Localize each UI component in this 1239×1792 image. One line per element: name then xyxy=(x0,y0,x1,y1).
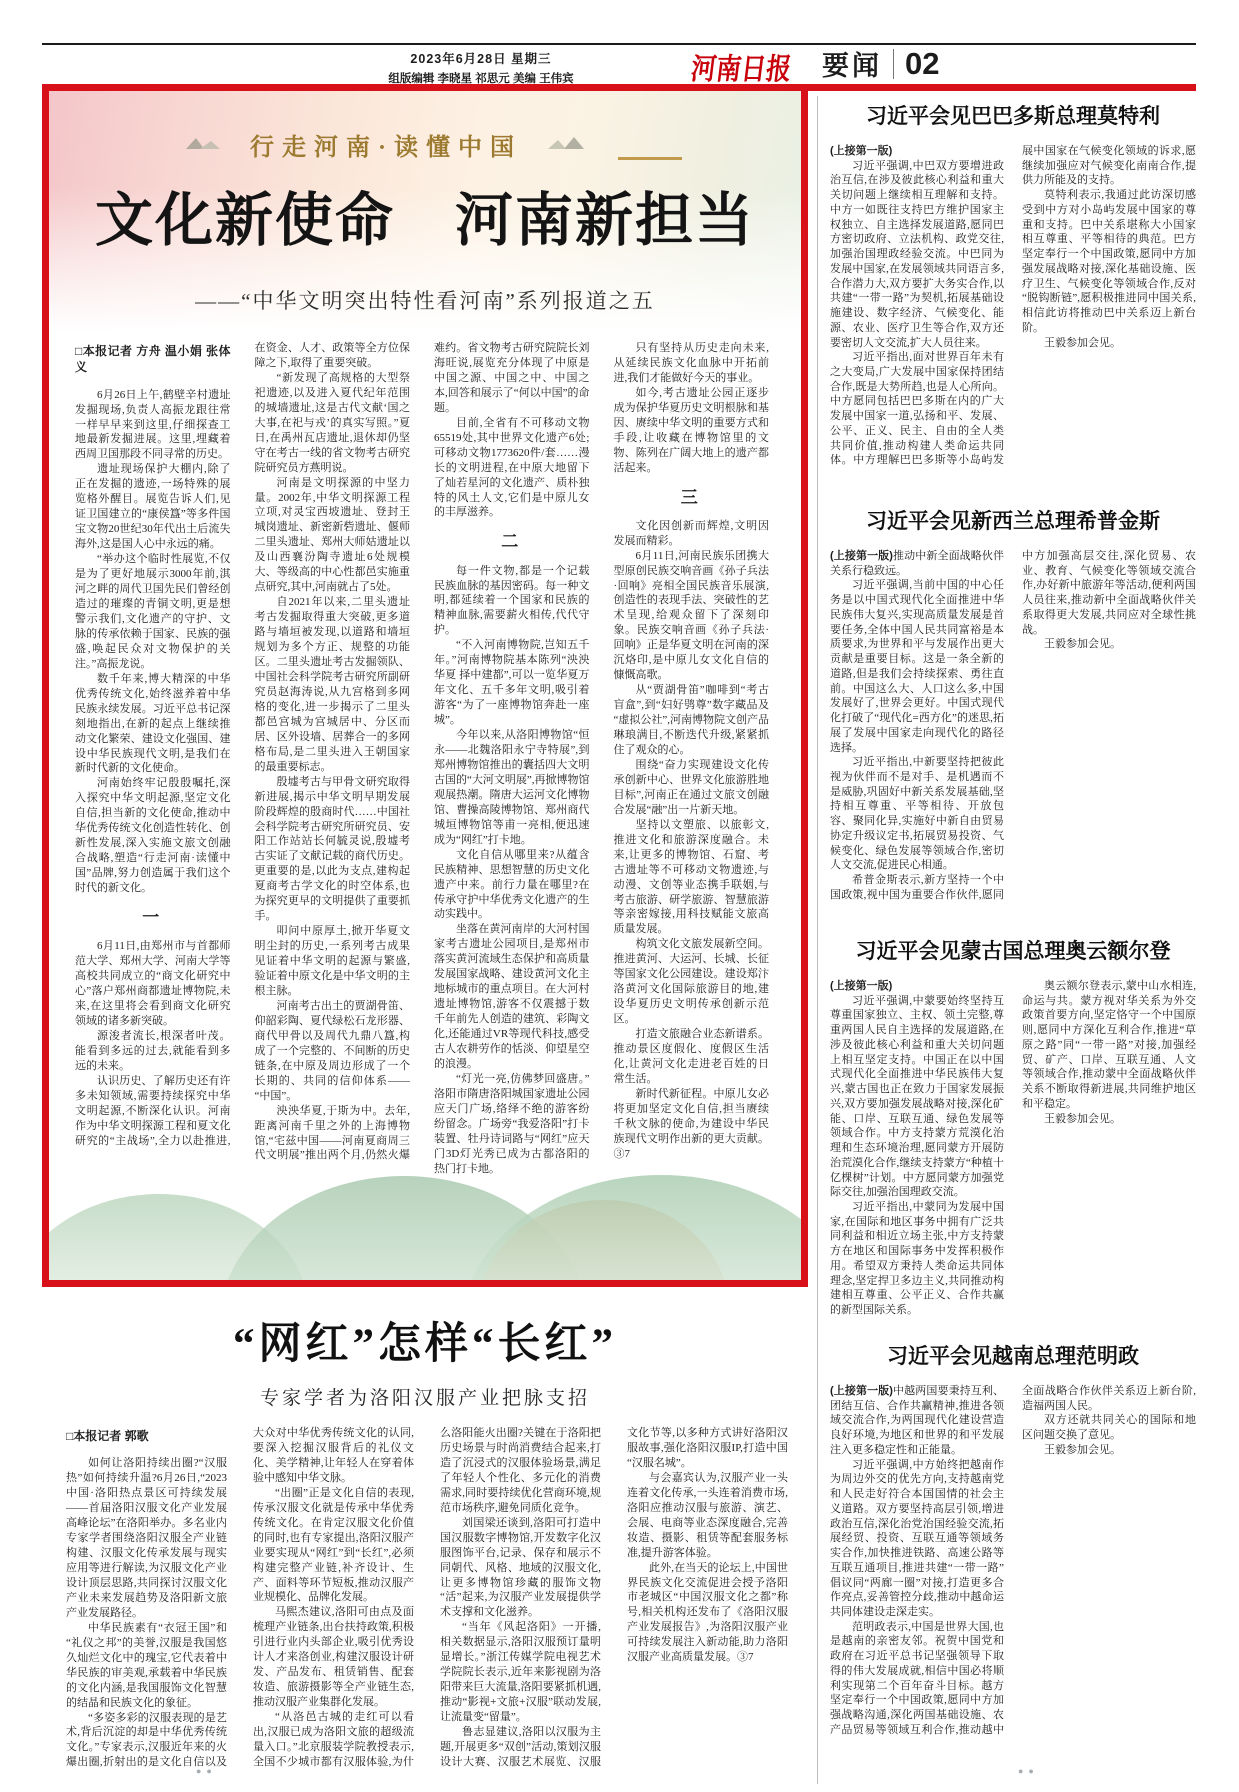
body-paragraph: “新发现了高规格的大型祭祀遗迹,以及进入夏代纪年范围的城墙遗址,这是古代文献‘国… xyxy=(255,371,411,476)
series-badge: 行走河南·读懂中国 xyxy=(250,135,522,161)
body-paragraph: “不入河南博物院,岂知五千年。”河南博物院基本陈列“泱泱华夏 择中建都”,可以一… xyxy=(434,638,590,728)
body-paragraph: 此外,在当天的论坛上,中国世界民族文化交流促进会授予洛阳市老城区“中国汉服文化之… xyxy=(627,1561,788,1666)
feature-byline: □本报记者 方舟 温小娟 张体义 xyxy=(75,343,231,376)
body-paragraph: 叩问中原厚土,掀开华夏文明尘封的历史,一系列考古成果见证着中华文明的起源与繁盛,… xyxy=(255,924,411,999)
xi-meeting-article-barbados: 习近平会见巴巴多斯总理莫特利 (上接第一版)习近平强调,中巴双方要增进政治互信,… xyxy=(830,100,1196,479)
xi-meeting-article-vietnam: 习近平会见越南总理范明政 (上接第一版)中越两国要秉持互利、团结互信、合作共赢精… xyxy=(830,1340,1196,1764)
feature-article-box: 行走河南·读懂中国 文化新使命 河南新担当 ——“中华文明突出特性看河南”系列报… xyxy=(42,91,808,1287)
body-paragraph: (上接第一版)中越两国要秉持互利、团结互信、合作共赢精神,推进各领域交流合作,为… xyxy=(830,1384,1004,1458)
body-paragraph: 河南是文明探源的中坚力量。2002年,中华文明探源工程立项,对灵宝西坡遗址、登封… xyxy=(255,476,411,596)
article-headline: 习近平会见新西兰总理希普金斯 xyxy=(830,505,1196,535)
body-paragraph: 王毅参加会见。 xyxy=(1022,1443,1196,1458)
body-paragraph: 只有坚持从历史走向未来,从延续民族文化血脉中开拓前进,我们才能做好今天的事业。 xyxy=(614,341,770,386)
article-headline: 习近平会见越南总理范明政 xyxy=(830,1340,1196,1370)
body-paragraph: 奥云额尔登表示,蒙中山水相连,命运与共。蒙方视对华关系为外交政策首要方向,坚定恪… xyxy=(1022,979,1196,1112)
body-paragraph: 自2021年以来,二里头遗址考古发掘取得重大突破,更多道路与墙垣被发现,以道路和… xyxy=(255,595,411,774)
body-paragraph: “灯光一亮,仿佛梦回盛唐。”洛阳市隋唐洛阳城国家遗址公园应天门广场,络绎不绝的游… xyxy=(434,1072,590,1177)
body-paragraph: 双方还就共同关心的国际和地区问题交换了意见。 xyxy=(1022,1413,1196,1442)
section-marker: 三 xyxy=(614,486,770,509)
feature-paragraphs: 6月26日上午,鹤壁辛村遗址发掘现场,负责人高振龙跟往常一样早早来到这里,仔细探… xyxy=(75,341,769,1177)
body-paragraph: 文化自信从哪里来?从蕴含民族精神、思想智慧的历史文化遗产中来。前行力量在哪里?在… xyxy=(434,848,590,923)
body-paragraph: 习近平强调,中方始终把越南作为周边外交的优先方向,支持越南党和人民走好符合本国国… xyxy=(830,1458,1004,1620)
body-paragraph: 刘国梁还谈到,洛阳可打造中国汉服数字博物馆,开发数字化汉服图饰平台,记录、保存和… xyxy=(440,1516,601,1621)
article-headline: 习近平会见巴巴多斯总理莫特利 xyxy=(830,100,1196,130)
body-paragraph: 围绕“奋力实现建设文化传承创新中心、世界文化旅游胜地目标”,河南正在通过文旅文创… xyxy=(614,758,770,818)
header-red-rule xyxy=(42,84,1196,91)
body-paragraph: 河南始终牢记殷殷嘱托,深入探究中华文明起源,坚定文化自信,担当新的文化使命,推动… xyxy=(75,776,231,896)
masthead-logo: 河南日报 xyxy=(689,46,794,88)
body-paragraph: 王毅参加会见。 xyxy=(1022,637,1196,652)
article-body: (上接第一版)中越两国要秉持互利、团结互信、合作共赢精神,推进各领域交流合作,为… xyxy=(830,1384,1196,1764)
body-paragraph: 从“贾湖骨笛”咖啡到“考古盲盒”,到“妇好鸮尊”数字藏品及“虚拟公社”,河南博物… xyxy=(614,683,770,758)
body-paragraph: 数千年来,博大精深的中华优秀传统文化,始终滋养着中华民族永续发展。习近平总书记深… xyxy=(75,672,231,777)
mountain-decoration-icon xyxy=(542,134,588,155)
body-paragraph: 6月11日,河南民族乐团携大型原创民族交响音画《孙子兵法·回响》亮相全国民族音乐… xyxy=(614,549,770,684)
feature-headline: 文化新使命 河南新担当 xyxy=(49,173,801,257)
column-divider xyxy=(817,96,818,1784)
body-paragraph: (上接第一版) xyxy=(830,144,1004,159)
header-meta: 2023年6月28日 星期三 组版编辑 李晓星 祁思元 美编 王伟宾 xyxy=(350,49,612,86)
feature-subhead: ——“中华文明突出特性看河南”系列报道之五 xyxy=(49,285,801,315)
section-marker: 二 xyxy=(434,530,590,553)
body-paragraph: 目前,全省有不可移动文物65519处,其中世界文化遗产6处;可移动文物17736… xyxy=(434,416,590,521)
body-paragraph: 每一件文物,都是一个记载民族血脉的基因密码。每一种文明,都延续着一个国家和民族的… xyxy=(434,564,590,639)
article-body: (上接第一版)推动中新全面战略伙伴关系行稳致远。习近平强调,当前中国的中心任务是… xyxy=(830,549,1196,914)
body-paragraph: 与会嘉宾认为,汉服产业一头连着文化传承,一头连着消费市场,洛阳应推动汉服与旅游、… xyxy=(627,1471,788,1561)
body-paragraph: 遗址现场保护大棚内,除了正在发掘的遗迹,一场特殊的展览格外醒目。展览告诉人们,见… xyxy=(75,462,231,552)
hanfu-paragraphs: 如何让洛阳持续出圈?“汉服热”如何持续升温?6月26日,“2023中国·洛阳热点… xyxy=(66,1426,788,1778)
page-number: 02 xyxy=(905,46,939,82)
body-paragraph: 今年以来,从洛阳博物馆“恒永——北魏洛阳永宁寺特展”,到郑州博物馆推出的囊括四大… xyxy=(434,728,590,848)
body-paragraph: (上接第一版)推动中新全面战略伙伴关系行稳致远。 xyxy=(830,549,1004,578)
body-paragraph: 王毅参加会见。 xyxy=(1022,1112,1196,1127)
newspaper-page: 2023年6月28日 星期三 组版编辑 李晓星 祁思元 美编 王伟宾 河南日报 … xyxy=(0,0,1239,1792)
hanfu-article: “网红”怎样“长红” 专家学者为洛阳汉服产业把脉支招 □本报记者 郭歌 如何让洛… xyxy=(42,1298,808,1784)
body-paragraph: “举办这个临时性展览,不仅是为了更好地展示3000年前,淇河之畔的周代卫国先民们… xyxy=(75,552,231,672)
hanfu-subhead: 专家学者为洛阳汉服产业把脉支招 xyxy=(42,1383,808,1410)
body-paragraph: 坚持以文塑旅、以旅彰文,推进文化和旅游深度融合。未来,让更多的博物馆、石窟、考古… xyxy=(614,818,770,938)
series-badge-row: 行走河南·读懂中国 xyxy=(49,127,801,162)
body-paragraph: 如今,考古遗址公园正逐步成为保护华夏历史文明根脉和基因、赓续中华文明的重要方式和… xyxy=(614,386,770,476)
header-top-rule xyxy=(42,43,1196,45)
mountain-decoration-icon xyxy=(184,134,230,155)
body-paragraph: 文化因创新而辉煌,文明因发展而精彩。 xyxy=(614,519,770,549)
body-paragraph: “当年《风起洛阳》一开播,相关数据显示,洛阳汉服预订量明显增长。”浙江传媒学院电… xyxy=(440,1620,601,1725)
date-line: 2023年6月28日 星期三 xyxy=(350,49,612,67)
body-paragraph: 源浚者流长,根深者叶茂。能看到多远的过去,就能看到多远的未来。 xyxy=(75,1029,231,1074)
body-paragraph: “出圈”正是文化自信的表现,传承汉服文化就是传承中华优秀传统文化。在肯定汉服文化… xyxy=(253,1486,414,1606)
section-divider xyxy=(893,49,894,79)
xi-meeting-article-newzealand: 习近平会见新西兰总理希普金斯 (上接第一版)推动中新全面战略伙伴关系行稳致远。习… xyxy=(830,505,1196,914)
body-paragraph: 习近平强调,当前中国的中心任务是以中国式现代化全面推进中华民族伟大复兴,实现高质… xyxy=(830,578,1004,755)
section-name: 要闻 xyxy=(822,44,882,83)
footer-dots-right: ●● xyxy=(1018,1766,1039,1776)
body-paragraph: 习近平强调,中巴双方要增进政治互信,在涉及彼此核心利益和重大关切问题上继续相互理… xyxy=(830,159,1004,351)
body-paragraph: 新时代新征程。中原儿女必将更加坚定文化自信,担当赓续千秋文脉的使命,为建设中华民… xyxy=(614,1087,770,1162)
article-body: (上接第一版)习近平强调,中蒙要始终坚持互尊重国家独立、主权、领土完整,尊重两国… xyxy=(830,979,1196,1319)
body-paragraph: 殷墟考古与甲骨文研究取得新进展,揭示中华文明早期发展阶段辉煌的殷商时代……中国社… xyxy=(255,775,411,925)
body-paragraph: 如何让洛阳持续出圈?“汉服热”如何持续升温?6月26日,“2023中国·洛阳热点… xyxy=(66,1456,227,1620)
body-paragraph: (上接第一版) xyxy=(830,979,1004,994)
hanfu-headline: “网红”怎样“长红” xyxy=(42,1310,808,1371)
section-marker: 一 xyxy=(75,906,231,929)
body-paragraph: 构筑文化文旅发展新空间。推进黄河、大运河、长城、长征等国家文化公园建设。建设郑汴… xyxy=(614,937,770,1027)
body-paragraph: 习近平指出,中蒙同为发展中国家,在国际和地区事务中拥有广泛共同利益和相近立场主张… xyxy=(830,1200,1004,1318)
gold-underline xyxy=(618,157,682,160)
body-paragraph: 马熙杰建议,洛阳可由点及面梳理产业链条,出台扶持政策,积极引进行业内头部企业,吸… xyxy=(253,1605,414,1710)
body-paragraph: 中华民族素有“衣冠王国”和“礼仪之邦”的美誉,汉服是我国悠久灿烂文化中的瑰宝,它… xyxy=(66,1621,227,1711)
body-paragraph: 河南考古出土的贾湖骨笛、仰韶彩陶、夏代绿松石龙形器、商代甲骨以及周代九鼎八簋,构… xyxy=(255,999,411,1104)
body-paragraph: 6月26日上午,鹤壁辛村遗址发掘现场,负责人高振龙跟往常一样早早来到这里,仔细探… xyxy=(75,388,231,463)
feature-body: □本报记者 方舟 温小娟 张体义 6月26日上午,鹤壁辛村遗址发掘现场,负责人高… xyxy=(75,341,769,1177)
footer-dots-left: ●● xyxy=(196,1766,217,1776)
xi-meeting-article-mongolia: 习近平会见蒙古国总理奥云额尔登 (上接第一版)习近平强调,中蒙要始终坚持互尊重国… xyxy=(830,935,1196,1319)
body-paragraph: 坐落在黄河南岸的大河村国家考古遗址公园项目,是郑州市落实黄河流域生态保护和高质量… xyxy=(434,922,590,1072)
body-paragraph: 习近平指出,中新要坚持把彼此视为伙伴而不是对手、是机遇而不是威胁,巩固好中新关系… xyxy=(830,755,1004,873)
body-paragraph: 6月11日,由郑州市与首都师范大学、郑州大学、河南大学等高校共同成立的“商文化研… xyxy=(75,939,231,1029)
mountain-shape xyxy=(461,1175,801,1280)
body-paragraph: 打造文旅融合业态新谱系。推动景区度假化、度假区生活化,让黄河文化走进老百姓的日常… xyxy=(614,1027,770,1087)
hanfu-byline: □本报记者 郭歌 xyxy=(66,1428,227,1444)
article-body: (上接第一版)习近平强调,中巴双方要增进政治互信,在涉及彼此核心利益和重大关切问… xyxy=(830,144,1196,479)
article-headline: 习近平会见蒙古国总理奥云额尔登 xyxy=(830,935,1196,965)
body-paragraph: 王毅参加会见。 xyxy=(1022,336,1196,351)
body-paragraph: 习近平强调,中蒙要始终坚持互尊重国家独立、主权、领土完整,尊重两国人民自主选择的… xyxy=(830,994,1004,1200)
section-header: 要闻 02 xyxy=(822,44,939,83)
body-paragraph: 莫特利表示,我通过此访深切感受到中方对小岛屿发展中国家的尊重和支持。巴中关系堪称… xyxy=(1022,188,1196,335)
mountain-footer-illustration xyxy=(49,1168,801,1280)
hanfu-body: □本报记者 郭歌 如何让洛阳持续出圈?“汉服热”如何持续升温?6月26日,“20… xyxy=(66,1426,788,1778)
